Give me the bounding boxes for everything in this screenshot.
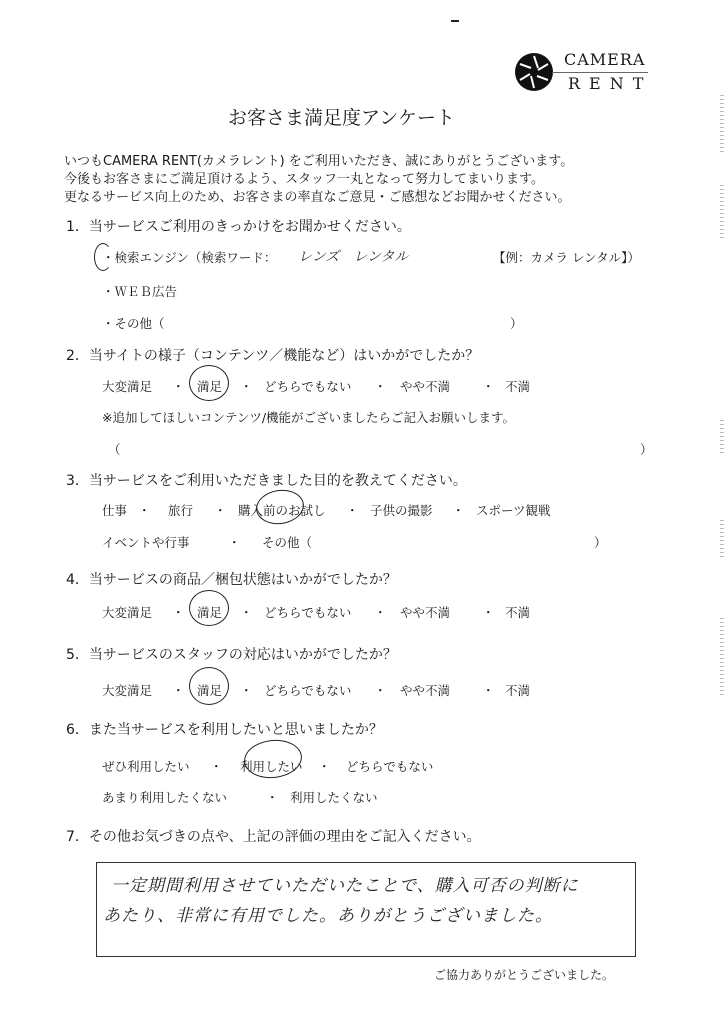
intro-line-1: いつもCAMERA RENT(カメラレント) をご利用いただき、誠にありがとうご… xyxy=(64,150,573,169)
selection-circle xyxy=(189,667,229,705)
q1-search-example: 【例：カメラ レンタル】） xyxy=(493,248,640,266)
separator: ・ xyxy=(266,788,279,806)
separator: ・ xyxy=(214,501,227,519)
q6-option-definitely[interactable]: ぜひ利用したい xyxy=(102,757,190,775)
q2-option-neutral[interactable]: どちらでもない xyxy=(264,377,351,395)
logo-line2: RENT xyxy=(568,74,652,93)
q4-option-very-satisfied[interactable]: 大変満足 xyxy=(102,603,152,621)
camera-aperture-icon xyxy=(514,52,554,92)
question-7: 7．その他お気づきの点や、上記の評価の理由をご記入ください。 xyxy=(66,826,481,846)
separator: ・ xyxy=(482,681,495,699)
question-4: 4．当サービスの商品／梱包状態はいかがでしたか？ xyxy=(66,569,397,589)
q3-option-travel[interactable]: 旅行 xyxy=(168,501,193,519)
q4-option-neutral[interactable]: どちらでもない xyxy=(264,603,351,621)
q6-option-would-not-use[interactable]: 利用したくない xyxy=(290,788,378,806)
separator: ・ xyxy=(210,757,223,775)
q3-option-other[interactable]: その他（ xyxy=(262,533,312,551)
scan-edge-artifact xyxy=(720,420,724,455)
q5-option-dissatisfied[interactable]: 不満 xyxy=(505,681,530,699)
q7-answer-line-2: あたり、非常に有用でした。ありがとうございました。 xyxy=(103,901,553,926)
q1-option-search-engine[interactable]: ・検索エンジン（検索ワード： xyxy=(102,248,276,266)
q1-option-web-ad[interactable]: ・ＷＥＢ広告 xyxy=(102,282,177,300)
q3-option-events[interactable]: イベントや行事 xyxy=(102,533,190,551)
selection-circle xyxy=(189,590,229,626)
scan-edge-artifact xyxy=(720,618,724,698)
footer-thanks: ご協力ありがとうございました。 xyxy=(434,966,614,983)
separator: ・ xyxy=(172,603,185,621)
separator: ・ xyxy=(374,377,387,395)
selection-circle xyxy=(94,243,112,271)
scan-mark xyxy=(451,20,459,22)
question-5: 5．当サービスのスタッフの対応はいかがでしたか？ xyxy=(66,644,397,664)
q3-option-work[interactable]: 仕事 xyxy=(102,501,127,519)
separator: ・ xyxy=(482,603,495,621)
q1-search-word-answer[interactable]: レンズ レンタル xyxy=(298,246,408,266)
separator: ・ xyxy=(482,377,495,395)
separator: ・ xyxy=(228,533,241,551)
q6-option-neutral[interactable]: どちらでもない xyxy=(346,757,433,775)
page-title: お客さま満足度アンケート xyxy=(228,103,455,130)
scan-edge-artifact xyxy=(720,95,724,155)
q7-answer-line-1: 一定期間利用させていただいたことで、購入可否の判断に xyxy=(111,871,579,896)
separator: ・ xyxy=(172,377,185,395)
question-1: 1．当サービスご利用のきっかけをお聞かせください。 xyxy=(66,216,411,236)
separator: ・ xyxy=(240,681,253,699)
intro-line-2: 今後もお客さまにご満足頂けるよう、スタッフ一丸となって努力してまいります。 xyxy=(64,168,544,187)
separator: ・ xyxy=(374,603,387,621)
selection-circle xyxy=(254,487,306,527)
selection-circle xyxy=(189,365,229,401)
separator: ・ xyxy=(240,377,253,395)
separator: ・ xyxy=(318,757,331,775)
q3-close-paren: ） xyxy=(594,533,607,551)
q4-option-dissatisfied[interactable]: 不満 xyxy=(505,603,530,621)
scan-edge-artifact xyxy=(720,185,724,240)
q5-option-somewhat-dissatisfied[interactable]: やや不満 xyxy=(400,681,450,699)
q2-free-text-field[interactable] xyxy=(130,436,640,458)
q1-option-other[interactable]: ・その他（ xyxy=(102,314,165,332)
q2-open-paren: （ xyxy=(108,440,121,458)
q2-close-paren: ） xyxy=(640,440,653,458)
separator: ・ xyxy=(172,681,185,699)
q6-option-rather-not[interactable]: あまり利用したくない xyxy=(102,788,227,806)
separator: ・ xyxy=(452,501,465,519)
q3-option-sports-watching[interactable]: スポーツ観戦 xyxy=(476,501,551,519)
q2-option-somewhat-dissatisfied[interactable]: やや不満 xyxy=(400,377,450,395)
q2-note: ※追加してほしいコンテンツ/機能がございましたらご記入お願いします。 xyxy=(102,408,515,426)
q5-option-very-satisfied[interactable]: 大変満足 xyxy=(102,681,152,699)
question-3: 3．当サービスをご利用いただきました目的を教えてください。 xyxy=(66,470,467,490)
q2-option-very-satisfied[interactable]: 大変満足 xyxy=(102,377,152,395)
scan-edge-artifact xyxy=(720,520,724,560)
question-2: 2．当サイトの様子（コンテンツ／機能など）はいかがでしたか？ xyxy=(66,345,479,365)
q3-option-child-photography[interactable]: 子供の撮影 xyxy=(370,501,433,519)
separator: ・ xyxy=(240,603,253,621)
q4-option-somewhat-dissatisfied[interactable]: やや不満 xyxy=(400,603,450,621)
question-6: 6．また当サービスを利用したいと思いましたか？ xyxy=(66,719,383,739)
camera-rent-logo: CAMERA RENT xyxy=(514,50,650,100)
intro-line-3: 更なるサービス向上のため、お客さまの率直なご意見・ご感想などお聞かせください。 xyxy=(64,186,570,205)
logo-line1: CAMERA xyxy=(564,50,645,69)
q1-close-paren: ） xyxy=(510,314,523,332)
q7-comment-box[interactable]: 一定期間利用させていただいたことで、購入可否の判断に あたり、非常に有用でした。… xyxy=(96,862,636,957)
separator: ・ xyxy=(138,501,151,519)
logo-divider xyxy=(552,72,648,73)
q2-option-dissatisfied[interactable]: 不満 xyxy=(505,377,530,395)
separator: ・ xyxy=(346,501,359,519)
separator: ・ xyxy=(374,681,387,699)
q5-option-neutral[interactable]: どちらでもない xyxy=(264,681,351,699)
